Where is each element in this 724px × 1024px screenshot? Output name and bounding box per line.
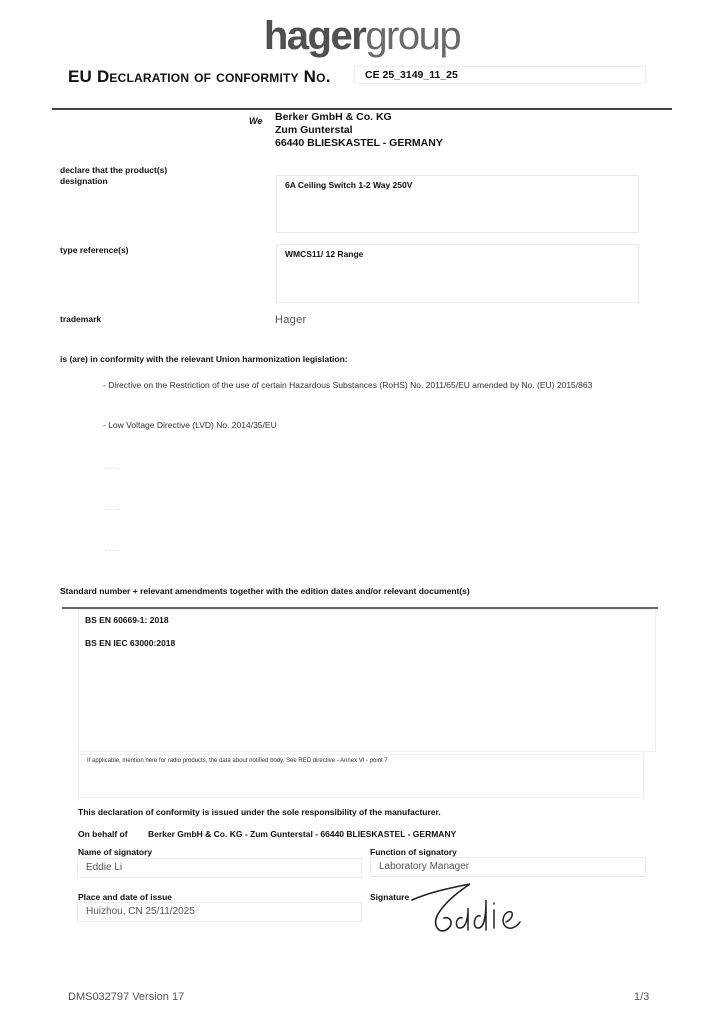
place-date-field[interactable]: Huizhou, CN 25/11/2025: [77, 902, 362, 922]
standard-item: BS EN IEC 63000:2018: [85, 638, 175, 648]
directive-rohs[interactable]: - Directive on the Restriction of the us…: [103, 380, 592, 390]
designation-label-line1: declare that the product(s): [60, 165, 167, 176]
standard-item: BS EN 60669-1: 2018: [85, 615, 169, 625]
document-reference: DMS032797 Version 17: [68, 991, 184, 1003]
on-behalf-label: On behalf of: [78, 829, 128, 840]
signature-image[interactable]: [410, 878, 530, 940]
name-of-signatory-field[interactable]: Eddie Li: [77, 858, 362, 878]
trademark-label: trademark: [60, 314, 101, 325]
function-of-signatory-field[interactable]: Laboratory Manager: [370, 857, 646, 877]
address-line: Berker GmbH & Co. KG: [275, 111, 443, 124]
type-reference-label: type reference(s): [60, 245, 129, 256]
type-reference-field[interactable]: WMCS11/ 12 Range: [276, 244, 639, 303]
logo-bold: hager: [264, 14, 365, 58]
name-of-signatory-label: Name of signatory: [78, 847, 152, 858]
designation-label: declare that the product(s) designation: [60, 165, 167, 187]
we-label: We: [249, 116, 262, 126]
radio-notified-body-field[interactable]: If applicable, mention here for radio pr…: [78, 754, 644, 798]
directive-placeholder[interactable]: ……: [104, 544, 122, 553]
trademark-value[interactable]: Hager: [275, 314, 306, 326]
responsibility-statement: This declaration of conformity is issued…: [78, 807, 441, 818]
address-line: Zum Gunterstal: [275, 124, 443, 137]
header-divider: [52, 108, 672, 110]
address-line: 66440 BLIESKASTEL - GERMANY: [275, 137, 443, 150]
page-title: EU Declaration of conformity No.: [68, 67, 331, 87]
page-number: 1/3: [634, 991, 649, 1003]
directive-placeholder[interactable]: ……: [104, 503, 122, 512]
declaration-number-field[interactable]: CE 25_3149_11_25: [354, 66, 646, 84]
directive-lvd[interactable]: - Low Voltage Directive (LVD) No. 2014/3…: [103, 420, 277, 430]
standards-field[interactable]: BS EN 60669-1: 2018 BS EN IEC 63000:2018: [78, 609, 656, 752]
on-behalf-value: Berker GmbH & Co. KG - Zum Gunterstal - …: [148, 829, 456, 840]
signature-label: Signature: [370, 892, 409, 903]
hagergroup-logo: hagergroup: [0, 12, 724, 60]
standards-heading: Standard number + relevant amendments to…: [60, 586, 470, 597]
conformity-intro: is (are) in conformity with the relevant…: [60, 354, 348, 365]
issuer-address: Berker GmbH & Co. KG Zum Gunterstal 6644…: [275, 111, 443, 150]
designation-label-line2: designation: [60, 176, 167, 187]
designation-field[interactable]: 6A Ceiling Switch 1-2 Way 250V: [276, 175, 639, 233]
logo-light: group: [365, 14, 460, 58]
directive-placeholder[interactable]: ……: [104, 462, 122, 471]
